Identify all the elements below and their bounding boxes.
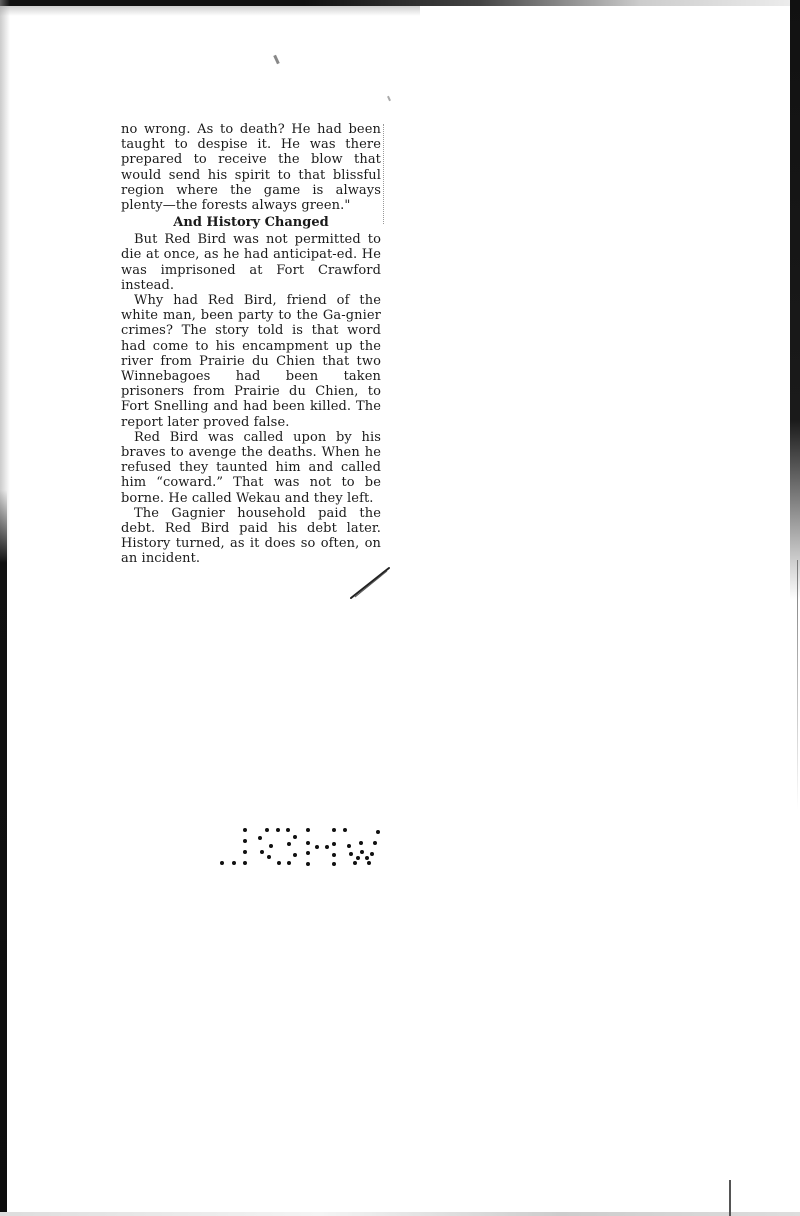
perforation-hole xyxy=(373,841,377,845)
scan-edge-left xyxy=(0,490,7,1216)
perforation-hole xyxy=(277,861,281,865)
perforation-hole xyxy=(315,845,319,849)
column-rule xyxy=(383,124,385,224)
perforation-hole xyxy=(360,850,364,854)
perforation-stamp xyxy=(210,822,380,872)
perforation-hole xyxy=(347,844,351,848)
perforation-hole xyxy=(243,828,247,832)
perforation-hole xyxy=(367,861,371,865)
perforation-hole xyxy=(343,828,347,832)
scan-edge-right xyxy=(790,0,800,600)
perforation-hole xyxy=(287,861,291,865)
perforation-hole xyxy=(370,852,374,856)
perforation-hole xyxy=(359,841,363,845)
scan-shadow-top xyxy=(0,6,420,16)
perforation-hole xyxy=(306,841,310,845)
paragraph-taunted: Red Bird was called upon by his braves t… xyxy=(121,430,381,506)
scan-edge-right-line xyxy=(797,560,798,810)
perforation-hole xyxy=(269,844,273,848)
perforation-hole xyxy=(325,845,329,849)
article-clipping: no wrong. As to death? He had been taugh… xyxy=(121,122,381,567)
perforation-hole xyxy=(260,850,264,854)
scan-speck xyxy=(273,55,280,64)
perforation-hole xyxy=(232,861,236,865)
perforation-hole xyxy=(243,839,247,843)
perforation-hole xyxy=(332,853,336,857)
paragraph-conclusion: The Gagnier household paid the debt. Red… xyxy=(121,506,381,567)
perforation-hole xyxy=(356,856,360,860)
perforation-hole xyxy=(332,862,336,866)
perforation-hole xyxy=(332,828,336,832)
scan-shadow-left xyxy=(0,0,10,560)
perforation-hole xyxy=(243,861,247,865)
paragraph-opening: no wrong. As to death? He had been taugh… xyxy=(121,122,381,213)
scan-edge-bottom-tick xyxy=(729,1180,731,1216)
scan-edge-bottom xyxy=(0,1212,800,1216)
paragraph-why: Why had Red Bird, friend of the white ma… xyxy=(121,293,381,430)
perforation-hole xyxy=(306,851,310,855)
perforation-hole xyxy=(287,842,291,846)
perforation-hole xyxy=(286,828,290,832)
perforation-hole xyxy=(258,836,262,840)
perforation-hole xyxy=(376,830,380,834)
perforation-hole xyxy=(349,852,353,856)
perforation-hole xyxy=(267,855,271,859)
perforation-hole xyxy=(353,861,357,865)
section-heading: And History Changed xyxy=(121,215,381,231)
perforation-hole xyxy=(243,850,247,854)
scan-speck xyxy=(387,96,391,101)
perforation-hole xyxy=(265,828,269,832)
perforation-hole xyxy=(293,835,297,839)
perforation-hole xyxy=(306,862,310,866)
perforation-hole xyxy=(365,856,369,860)
pencil-slash-mark xyxy=(349,564,393,600)
paragraph-imprisonment: But Red Bird was not permitted to die at… xyxy=(121,232,381,293)
perforation-hole xyxy=(293,853,297,857)
perforation-hole xyxy=(332,842,336,846)
perforation-hole xyxy=(220,861,224,865)
perforation-hole xyxy=(276,828,280,832)
perforation-hole xyxy=(306,828,310,832)
